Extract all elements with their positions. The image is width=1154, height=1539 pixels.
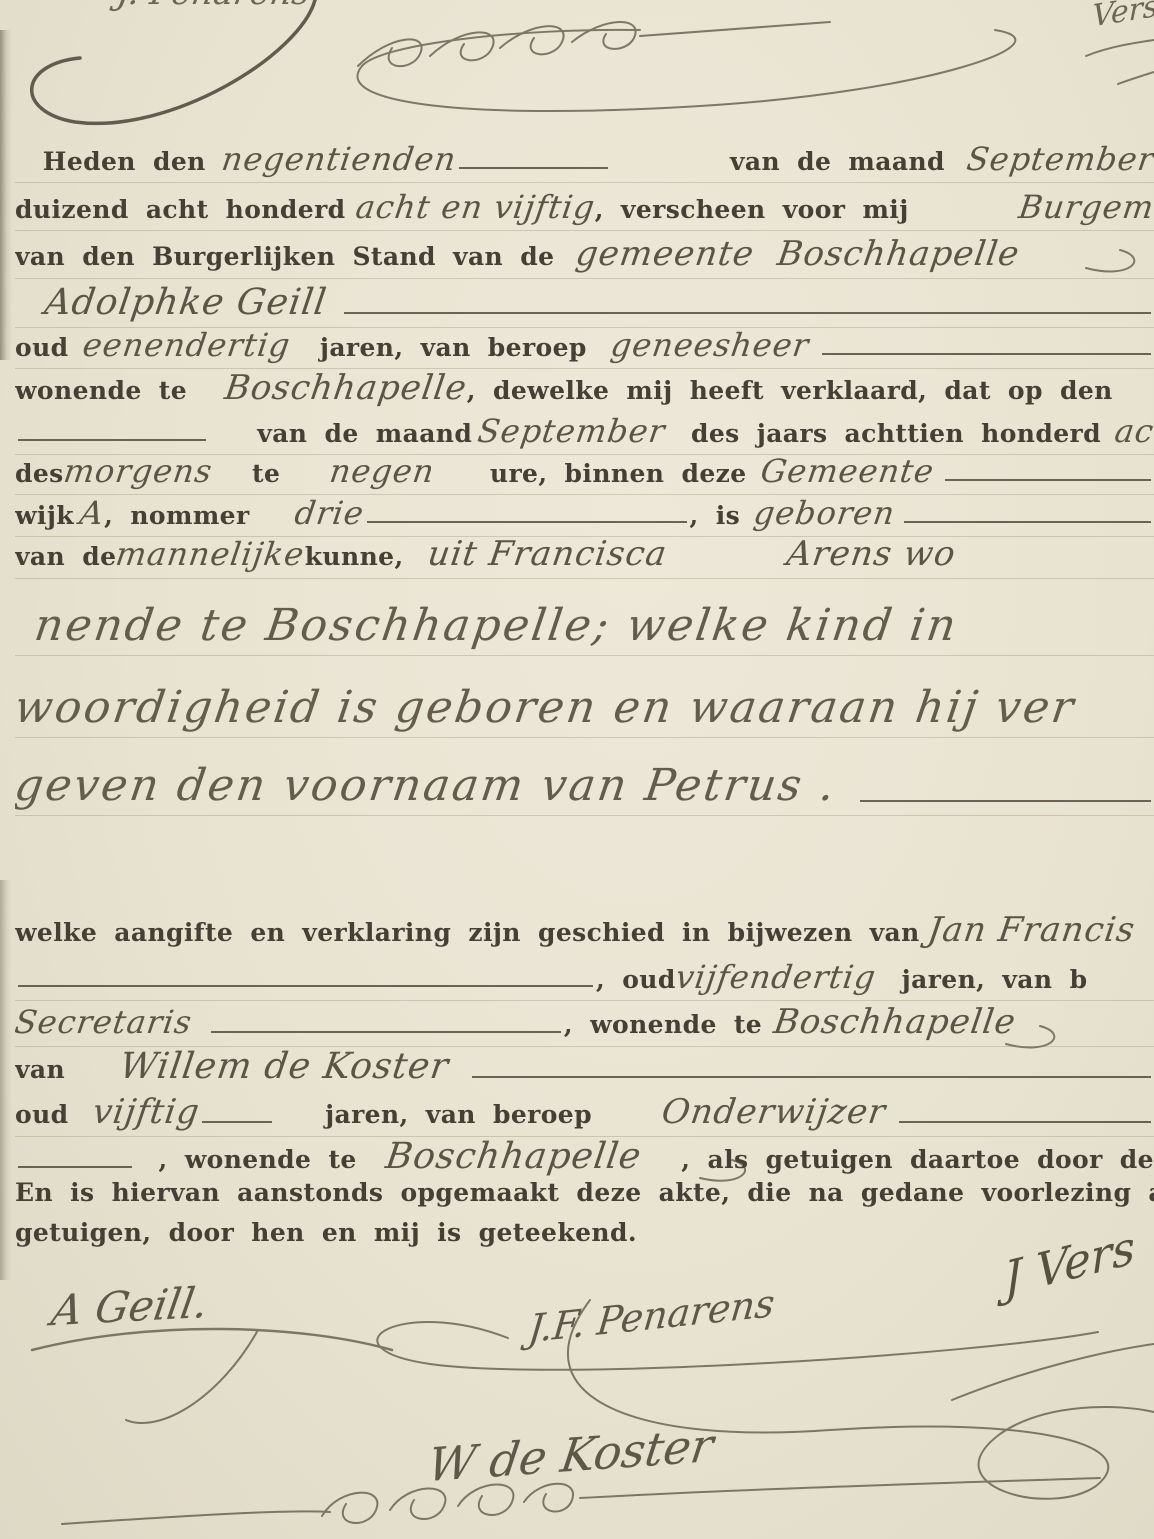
blank-rule	[18, 977, 593, 987]
spacer	[15, 169, 43, 170]
handwritten-entry: September	[964, 140, 1154, 178]
line-getuigen-wonende: , wonende teBoschhapelle, als getuigen d…	[15, 1136, 1154, 1182]
spacer	[206, 169, 222, 170]
flourish-penarens-underline	[377, 1322, 1098, 1370]
line-getuige2-oud: oudvijftigjaren, van beroepOnderwijzer	[15, 1092, 1154, 1137]
flourish-top-left-swirl	[32, 0, 315, 123]
printed-text: van de maand	[257, 419, 472, 448]
spacer	[135, 1167, 159, 1168]
printed-text: , is	[690, 501, 741, 530]
handwritten-entry: September	[475, 412, 668, 450]
line-des-morgens: desmorgenstenegenure, binnen dezeGemeent…	[15, 452, 1154, 495]
spacer	[435, 481, 490, 482]
top-partial-signature: J. Penarens	[114, 0, 313, 13]
line-hand-wonende: nende te Boschhapelle; welke kind in	[15, 600, 1154, 656]
line-burgerlijken-stand: van den Burgerlijken Stand van degemeent…	[15, 234, 1154, 279]
handwritten-entry: geboren	[751, 494, 897, 532]
handwritten-entry: geven den voornaam van Petrus .	[15, 760, 840, 811]
handwritten-entry: Jan Francis	[925, 910, 1138, 950]
blank-rule	[899, 1113, 1151, 1123]
flourish-dekoster-loop-chain	[62, 1478, 1100, 1524]
printed-text: wijk	[15, 501, 74, 530]
signature-dekoster: W de Koster	[425, 1418, 717, 1493]
signature-geill: A Geill.	[48, 1278, 211, 1336]
handwritten-entry: Willem de Koster	[117, 1046, 451, 1087]
spacer	[554, 264, 576, 265]
spacer	[592, 1122, 662, 1123]
spacer	[642, 1167, 682, 1168]
spacer	[192, 1032, 208, 1033]
handwritten-entry: woordigheid is geboren en waaraan hij ve…	[15, 682, 1079, 733]
spacer	[934, 481, 942, 482]
handwritten-entry: Arens wo	[784, 534, 958, 574]
printed-text: jaren, van b	[902, 965, 1088, 994]
handwritten-entry: Gemeente	[758, 452, 936, 490]
line-getuige1-oud: , oudvijfendertigjaren, van b	[15, 958, 1154, 1001]
handwritten-entry: negen	[328, 452, 438, 490]
printed-text: , wonende te	[564, 1010, 762, 1039]
flourish-penarens-grand-loop	[568, 1300, 1154, 1499]
spacer	[909, 217, 1019, 218]
printed-text: des	[15, 459, 64, 488]
printed-text: wonende te	[15, 376, 187, 405]
blank-rule	[211, 1023, 561, 1033]
signature-penarens: J.F. Penarens	[526, 1281, 776, 1352]
handwritten-entry: drie	[292, 494, 366, 532]
handwritten-entry: Boschhapelle	[771, 1002, 1018, 1042]
handwritten-entry: nende te Boschhapelle; welke kind in	[31, 600, 978, 651]
printed-text: , verscheen voor mij	[595, 195, 909, 224]
blank-rule	[18, 431, 206, 441]
blank-rule	[202, 1113, 272, 1123]
line-en-is-hiervan: En is hiervan aanstonds opgemaakt deze a…	[15, 1178, 1154, 1212]
spacer	[357, 1167, 387, 1168]
printed-text: van den Burgerlijken Stand van de	[15, 242, 554, 271]
spacer	[665, 441, 691, 442]
line-heden-den: Heden dennegentiendenvan de maandSeptemb…	[15, 140, 1154, 183]
handwritten-entry: morgens	[61, 452, 215, 490]
handwritten-entry: vijftig	[90, 1092, 202, 1132]
line-wijk-nommer: wijkA, nommerdrie, isgeboren	[15, 494, 1154, 537]
handwritten-entry: Boschhapelle	[222, 368, 469, 408]
printed-text: , als getuigen daartoe door de	[681, 1145, 1154, 1174]
spacer	[280, 481, 330, 482]
printed-text: te	[252, 459, 280, 488]
spacer	[876, 987, 902, 988]
spacer	[275, 1122, 325, 1123]
spacer	[15, 313, 45, 314]
line-hand-tegenwoordigheid: woordigheid is geboren en waaraan hij ve…	[15, 682, 1154, 738]
handwritten-entry: vijfendertig	[673, 958, 878, 996]
handwritten-entry: negentienden	[219, 140, 459, 178]
handwritten-entry: Secretaris	[15, 1003, 195, 1041]
top-right-partial-signature: Vers	[1092, 0, 1154, 34]
handwritten-entry: uit Francisca	[425, 534, 670, 574]
printed-text: kunne,	[305, 542, 404, 571]
spacer	[667, 564, 787, 565]
blank-rule	[459, 159, 608, 169]
handwritten-entry: eenendertig	[80, 326, 293, 364]
printed-text: welke aangifte en verklaring zijn geschi…	[15, 918, 920, 947]
line-duizend-acht-honderd: duizend acht honderdacht en vijftig, ver…	[15, 188, 1154, 231]
blank-rule	[18, 1158, 132, 1168]
printed-text: des jaars achttien honderd	[691, 419, 1101, 448]
flourish-top-right-strokes	[1086, 40, 1154, 84]
scan-edge-shadow	[0, 880, 12, 1280]
printed-text: ure, binnen deze	[490, 459, 747, 488]
printed-text: van de maand	[730, 147, 945, 176]
flourish-top-loop-chain	[358, 22, 830, 66]
blank-rule	[945, 471, 1151, 481]
line-wonende-te: wonende teBoschhapelle, dewelke mij heef…	[15, 368, 1154, 413]
handwritten-entry: acht en vijftig	[353, 188, 597, 226]
flourish-geill-underline	[32, 1329, 392, 1350]
spacer	[886, 1122, 896, 1123]
printed-text: , wonende te	[159, 1145, 357, 1174]
handwritten-entry: A	[77, 494, 106, 532]
line-getuige1-beroep: Secretaris, wonende teBoschhapelle	[15, 1002, 1154, 1047]
printed-text: , oud	[596, 965, 676, 994]
spacer	[449, 1077, 469, 1078]
line-aangifte-bijwezen: welke aangifte en verklaring zijn geschi…	[15, 910, 1154, 955]
spacer	[212, 481, 252, 482]
printed-text: getuigen, door hen en mij is geteekend.	[15, 1218, 637, 1247]
handwritten-entry: mannelijke	[114, 535, 308, 573]
handwritten-entry: Boschhapelle	[384, 1136, 645, 1177]
spacer	[895, 523, 901, 524]
line-geteekend: getuigen, door hen en mij is geteekend.	[15, 1218, 1154, 1252]
printed-text: oud	[15, 333, 69, 362]
flourish-right-signature-tail	[952, 1344, 1154, 1400]
spacer	[837, 799, 857, 800]
spacer	[327, 313, 341, 314]
spacer	[809, 355, 819, 356]
line-oud-beroep: oudeenendertigjaren, van beroepgeneeshee…	[15, 326, 1154, 369]
spacer	[290, 355, 320, 356]
handwritten-entry: Burgem	[1016, 188, 1154, 226]
handwritten-entry: Onderwijzer	[659, 1092, 888, 1132]
spacer	[945, 169, 967, 170]
handwritten-entry: Adolphke Geill	[42, 282, 329, 323]
handwritten-entry: gemeente Boschhapelle	[574, 234, 1023, 274]
scan-edge-shadow	[0, 30, 12, 360]
spacer	[69, 1122, 93, 1123]
flourish-top-ellipse	[357, 30, 1015, 111]
blank-rule	[904, 513, 1151, 523]
spacer	[250, 523, 295, 524]
printed-text: oud	[15, 1100, 69, 1129]
printed-text: duizend acht honderd	[15, 195, 346, 224]
scanned-birth-certificate: Heden dennegentiendenvan de maandSeptemb…	[0, 0, 1154, 1539]
line-kunne-moeder: van demannelijkekunne,uit FranciscaArens…	[15, 534, 1154, 579]
spacer	[404, 564, 428, 565]
blank-rule	[367, 513, 687, 523]
printed-text: jaren, van beroep	[325, 1100, 592, 1129]
printed-text: Heden den	[43, 147, 206, 176]
line-getuige2-naam: vanWillem de Koster	[15, 1046, 1154, 1092]
blank-rule	[344, 304, 1151, 314]
printed-text: En is hiervan aanstonds opgemaakt deze a…	[15, 1178, 1154, 1207]
handwritten-entry: geneesheer	[608, 326, 811, 364]
spacer	[65, 1077, 120, 1078]
blank-rule	[822, 345, 1151, 355]
line-declarant-name: Adolphke Geill	[15, 282, 1154, 328]
handwritten-entry: ac	[1112, 412, 1154, 450]
blank-rule	[860, 792, 1151, 802]
printed-text: van de	[15, 542, 116, 571]
blank-rule	[472, 1068, 1151, 1078]
printed-text: , dewelke mij heeft verklaard, dat op de…	[467, 376, 1113, 405]
spacer	[209, 441, 257, 442]
flourish-geill-descender	[126, 1330, 258, 1423]
line-hand-voornaam: geven den voornaam van Petrus .	[15, 760, 1154, 816]
line-maand-jaar: van de maandSeptemberdes jaars achttien …	[15, 412, 1154, 455]
printed-text: jaren, van beroep	[320, 333, 587, 362]
spacer	[587, 355, 611, 356]
printed-text: van	[15, 1055, 65, 1084]
spacer	[187, 398, 225, 399]
spacer	[611, 169, 730, 170]
printed-text: , nommer	[104, 501, 249, 530]
